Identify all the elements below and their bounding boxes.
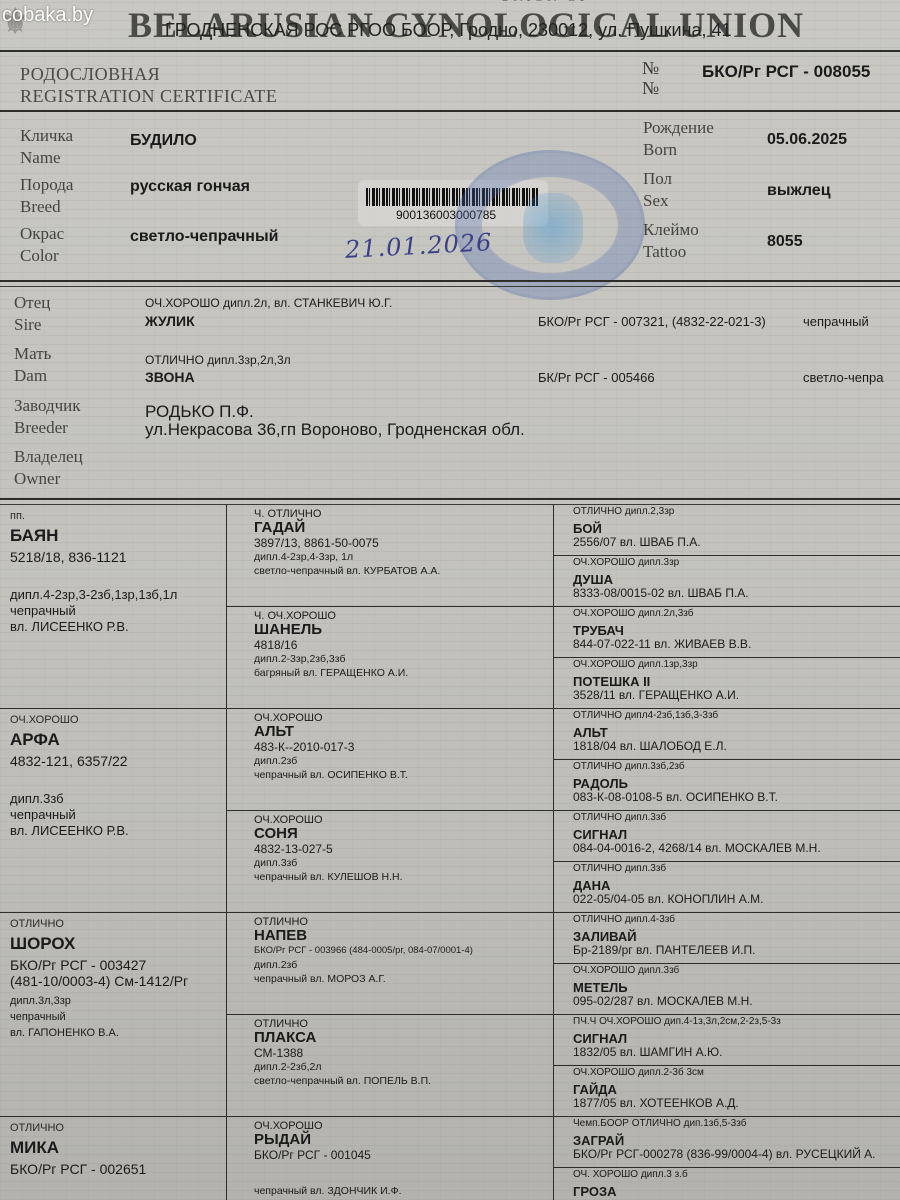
entry-diplomas: дипл.2зб <box>254 754 408 768</box>
pedigree-gen3-entry: ОЧ.ХОРОШО дипл.2-3б 3смГАЙДА1877/05 вл. … <box>573 1067 739 1110</box>
entry-color-owner: чепрачный вл. ЗДОНЧИК И.Ф. <box>254 1184 402 1199</box>
site-watermark: cobaka.by <box>2 4 93 27</box>
sire-color: чепрачный <box>803 314 869 329</box>
entry-name: ГАЙДА <box>573 1082 739 1097</box>
entry-title: ОТЛИЧНО дипл.4-3зб <box>573 914 756 926</box>
entry-owner: вл. ЛИСЕЕНКО Р.В. <box>10 823 129 839</box>
entry-title: Чемп.БООР ОТЛИЧНО дип.1зб,5-3зб <box>573 1118 876 1130</box>
entry-diplomas: дипл.3л,3зр <box>10 993 188 1009</box>
entry-diplomas: дипл.2зб <box>254 958 473 972</box>
entry-reg: 5218/18, 836-1121 <box>10 549 177 565</box>
entry-diplomas <box>254 1162 402 1176</box>
pedigree-gen2-entry: Ч. ОТЛИЧНОГАДАЙ3897/13, 8861-50-0075дипл… <box>254 508 440 579</box>
entry-color-owner: багряный вл. ГЕРАЩЕНКО А.И. <box>254 666 408 681</box>
pedigree-gen3-entry: ОЧ.ХОРОШО дипл.1зр,3зрПОТЕШКА II3528/11 … <box>573 659 739 702</box>
entry-name: ЗАЛИВАЙ <box>573 929 756 944</box>
entry-reg: 4818/16 <box>254 638 408 652</box>
entry-reg: 1877/05 вл. ХОТЕЕНКОВ А.Д. <box>573 1097 739 1110</box>
dog-tattoo: 8055 <box>767 233 803 251</box>
dog-name: БУДИЛО <box>130 132 197 150</box>
color-label: ОкрасColor <box>20 223 64 267</box>
pedigree-gen3-entry: ОТЛИЧНО дипл.3зб,2збРАДОЛЬ083-К-08-0108-… <box>573 761 778 804</box>
pedigree-gen2-entry: ОТЛИЧНОНАПЕВБКО/Рг РСГ - 003966 (484-000… <box>254 916 473 987</box>
entry-reg: 084-04-0016-2, 4268/14 вл. МОСКАЛЕВ М.Н. <box>573 842 821 855</box>
entry-reg: БКО/Рг РСГ - 001045 <box>254 1148 402 1162</box>
pedigree-gen2-entry: Ч. ОЧ.ХОРОШОШАНЕЛЬ4818/16дипл.2-3зр,2зб,… <box>254 610 408 681</box>
entry-color-owner: чепрачный вл. КУЛЕШОВ Н.Н. <box>254 870 403 885</box>
entry-name: МЕТЕЛЬ <box>573 980 753 995</box>
dog-sex: выжлец <box>767 182 831 200</box>
entry-name: ДУША <box>573 572 749 587</box>
entry-reg: БКО/Рг РСГ - 003427 <box>10 957 188 973</box>
pedigree-gen2-entry: ОЧ.ХОРОШОАЛЬТ483-К--2010-017-3дипл.2збче… <box>254 712 408 783</box>
doc-title-ru: РОДОСЛОВНАЯ <box>20 64 160 85</box>
entry-title: ОЧ. ХОРОШО дипл.3 з.б <box>573 1169 688 1181</box>
dog-color: светло-чепрачный <box>130 228 278 246</box>
pedigree-gen3-entry: ОТЛИЧНО дипл.4-3збЗАЛИВАЙБр-2189/рг вл. … <box>573 914 756 957</box>
entry-color: чепрачный <box>10 807 129 823</box>
entry-name: ЗАГРАЙ <box>573 1133 876 1148</box>
entry-name: АРФА <box>10 730 129 750</box>
entry-reg: БКО/Рг РСГ - 003966 (484-0005/рг, 084-07… <box>254 944 473 958</box>
pedigree-gen3-entry: ОТЛИЧНО дипл.2,3зрБОЙ2556/07 вл. ШВАБ П.… <box>573 506 701 549</box>
entry-diplomas: дипл.4-2зр,4-3зр, 1л <box>254 550 440 564</box>
table-divider <box>226 1014 900 1015</box>
entry-reg: 083-К-08-0108-5 вл. ОСИПЕНКО В.Т. <box>573 791 778 804</box>
entry-reg: 2556/07 вл. ШВАБ П.А. <box>573 536 701 549</box>
sire-name: ЖУЛИК <box>145 313 195 329</box>
entry-reg: 022-05/04-05 вл. КОНОПЛИН А.М. <box>573 893 763 906</box>
table-divider <box>0 912 900 913</box>
registration-number: БКО/Рг РСГ - 008055 <box>702 62 870 82</box>
entry-title: ОТЛИЧНО <box>10 918 188 930</box>
number-sign: № <box>642 58 659 79</box>
entry-diplomas: дипл.2-3зр,2зб,3зб <box>254 652 408 666</box>
pedigree-gen2-entry: ОЧ.ХОРОШОСОНЯ4832-13-027-5дипл.3збчепрач… <box>254 814 403 885</box>
pedigree-gen1-entry: ОЧ.ХОРОШОАРФА4832-121, 6357/22дипл.3збче… <box>10 714 129 839</box>
entry-name: БАЯН <box>10 526 177 546</box>
number-sign: № <box>642 78 659 99</box>
entry-color-owner: светло-чепрачный вл. ПОПЕЛЬ В.П. <box>254 1074 431 1089</box>
table-divider <box>553 504 554 1200</box>
official-stamp-icon <box>455 150 645 300</box>
breeder-label: ЗаводчикBreeder <box>14 395 81 439</box>
entry-name: АЛЬТ <box>254 724 408 740</box>
table-divider <box>226 504 227 1200</box>
owner-label: ВладелецOwner <box>14 446 83 490</box>
pedigree-gen1-entry: пп.БАЯН5218/18, 836-1121дипл.4-2зр,3-2зб… <box>10 510 177 635</box>
entry-title: ОЧ.ХОРОШО дипл.2-3б 3см <box>573 1067 739 1079</box>
pedigree-gen3-entry: ОТЛИЧНО дипл.3збСИГНАЛ084-04-0016-2, 426… <box>573 812 821 855</box>
pedigree-gen3-entry: ОЧ.ХОРОШО дипл.3зрДУША8333-08/0015-02 вл… <box>573 557 749 600</box>
entry-reg: 8333-08/0015-02 вл. ШВАБ П.А. <box>573 587 749 600</box>
table-divider <box>553 1167 900 1168</box>
entry-reg: 844-07-022-11 вл. ЖИВАЕВ В.В. <box>573 638 751 651</box>
entry-name: РАДОЛЬ <box>573 776 778 791</box>
divider <box>0 280 900 282</box>
table-divider <box>0 1116 900 1117</box>
sire-title: ОЧ.ХОРОШО дипл.2л, вл. СТАНКЕВИЧ Ю.Г. <box>145 296 392 310</box>
entry-color: чепрачный <box>10 603 177 619</box>
dam-reg: БК/Рг РСГ - 005466 <box>538 370 655 385</box>
pedigree-gen1-entry: ОТЛИЧНОМИКАБКО/Рг РСГ - 002651 <box>10 1122 146 1177</box>
entry-title: ОТЛИЧНО дипл.3зб,2зб <box>573 761 778 773</box>
pedigree-table: пп.БАЯН5218/18, 836-1121дипл.4-2зр,3-2зб… <box>0 504 900 1200</box>
entry-title: ОТЛИЧНО дипл.3зб <box>573 863 763 875</box>
table-divider <box>553 963 900 964</box>
table-divider <box>226 810 900 811</box>
entry-title: ОЧ.ХОРОШО <box>10 714 129 726</box>
table-divider <box>553 555 900 556</box>
entry-name: ТРУБАЧ <box>573 623 751 638</box>
entry-name: ПЛАКСА <box>254 1030 431 1046</box>
entry-diplomas: дипл.2-2зб,2л <box>254 1060 431 1074</box>
breeder-address: ул.Некрасова 36,гп Вороново, Гродненская… <box>145 420 525 440</box>
dam-name: ЗВОНА <box>145 369 195 385</box>
entry-title: ОЧ.ХОРОШО дипл.2л,3зб <box>573 608 751 620</box>
table-divider <box>0 708 900 709</box>
dam-label: МатьDam <box>14 343 51 387</box>
sex-label: ПолSex <box>643 168 672 212</box>
entry-title: ОТЛИЧНО <box>10 1122 146 1134</box>
born-label: РождениеBorn <box>643 117 714 161</box>
pedigree-gen3-entry: ОТЛИЧНО дипл4-2зб,1зб,3-3збАЛЬТ1818/04 в… <box>573 710 727 753</box>
entry-title: ОЧ.ХОРОШО дипл.3зр <box>573 557 749 569</box>
entry-reg: 4832-13-027-5 <box>254 842 403 856</box>
entry-name: СОНЯ <box>254 826 403 842</box>
entry-title: ОЧ.ХОРОШО дипл.3зб <box>573 965 753 977</box>
entry-reg: БКО/Рг РСГ - 002651 <box>10 1161 146 1177</box>
entry-owner: вл. ЛИСЕЕНКО Р.В. <box>10 619 177 635</box>
entry-reg: (481-10/0003-4) См-1412/Рг <box>10 973 188 989</box>
entry-owner: вл. ГАПОНЕНКО В.А. <box>10 1025 188 1041</box>
dam-title: ОТЛИЧНО дипл.3зр,2л,3л <box>145 353 291 367</box>
entry-name: БОЙ <box>573 521 701 536</box>
entry-reg: 1818/04 вл. ШАЛОБОД Е.Л. <box>573 740 727 753</box>
sire-reg: БКО/Рг РСГ - 007321, (4832-22-021-3) <box>538 314 766 329</box>
entry-title: ОТЛИЧНО дипл.2,3зр <box>573 506 701 518</box>
divider <box>0 286 900 287</box>
table-divider <box>553 861 900 862</box>
entry-diplomas: дипл.4-2зр,3-2зб,1зр,1зб,1л <box>10 587 177 603</box>
pedigree-gen3-entry: ОЧ.ХОРОШО дипл.2л,3збТРУБАЧ844-07-022-11… <box>573 608 751 651</box>
entry-reg: 3897/13, 8861-50-0075 <box>254 536 440 550</box>
divider <box>0 498 900 500</box>
table-divider <box>553 759 900 760</box>
sire-label: ОтецSire <box>14 292 50 336</box>
entry-name: ШАНЕЛЬ <box>254 622 408 638</box>
dog-breed: русская гончая <box>130 178 250 196</box>
entry-color-owner: чепрачный вл. МОРОЗ А.Г. <box>254 972 473 987</box>
entry-name: ШОРОХ <box>10 934 188 954</box>
entry-name: ГРОЗА <box>573 1184 688 1199</box>
entry-title: ОТЛИЧНО дипл4-2зб,1зб,3-3зб <box>573 710 727 722</box>
dog-born: 05.06.2025 <box>767 131 847 149</box>
issuer-address: ГРОДНЕНСКАЯ РОС РГОО БООР, Гродно, 23001… <box>165 20 732 41</box>
pedigree-gen3-entry: ОТЛИЧНО дипл.3збДАНА022-05/04-05 вл. КОН… <box>573 863 763 906</box>
pedigree-gen2-entry: ОЧ.ХОРОШОРЫДАЙБКО/Рг РСГ - 001045 чепрач… <box>254 1120 402 1199</box>
entry-name: МИКА <box>10 1138 146 1158</box>
breed-label: ПородаBreed <box>20 174 73 218</box>
pedigree-gen1-entry: ОТЛИЧНОШОРОХБКО/Рг РСГ - 003427(481-10/0… <box>10 918 188 1041</box>
entry-color-owner: светло-чепрачный вл. КУРБАТОВ А.А. <box>254 564 440 579</box>
tattoo-label: КлеймоTattoo <box>643 219 699 263</box>
pedigree-certificate: UNION OF ⚜ cobaka.by BELARUSIAN CYNOLOGI… <box>0 0 900 1200</box>
entry-reg: 095-02/287 вл. МОСКАЛЕВ М.Н. <box>573 995 753 1008</box>
entry-title: ПЧ.Ч ОЧ.ХОРОШО дип.4-1з,3л,2см,2-2з,5-3з <box>573 1016 781 1028</box>
entry-name: НАПЕВ <box>254 928 473 944</box>
divider <box>0 50 900 52</box>
entry-reg: 483-К--2010-017-3 <box>254 740 408 754</box>
entry-name: ГАДАЙ <box>254 520 440 536</box>
entry-name: АЛЬТ <box>573 725 727 740</box>
pedigree-gen2-entry: ОТЛИЧНОПЛАКСАСМ-1388дипл.2-2зб,2лсветло-… <box>254 1018 431 1089</box>
table-divider <box>226 606 900 607</box>
pedigree-gen3-entry: ПЧ.Ч ОЧ.ХОРОШО дип.4-1з,3л,2см,2-2з,5-3з… <box>573 1016 781 1059</box>
entry-title: ОЧ.ХОРОШО дипл.1зр,3зр <box>573 659 739 671</box>
entry-color: чепрачный <box>10 1009 188 1025</box>
breeder-name: РОДЬКО П.Ф. <box>145 402 254 422</box>
pedigree-gen3-entry: ОЧ. ХОРОШО дипл.3 з.бГРОЗА <box>573 1169 688 1199</box>
entry-name: ПОТЕШКА II <box>573 674 739 689</box>
pedigree-gen3-entry: Чемп.БООР ОТЛИЧНО дип.1зб,5-3збЗАГРАЙБКО… <box>573 1118 876 1161</box>
doc-title-en: REGISTRATION CERTIFICATE <box>20 86 277 107</box>
entry-reg: 1832/05 вл. ШАМГИН А.Ю. <box>573 1046 781 1059</box>
entry-name: РЫДАЙ <box>254 1132 402 1148</box>
entry-color-owner: чепрачный вл. ОСИПЕНКО В.Т. <box>254 768 408 783</box>
entry-reg: Бр-2189/рг вл. ПАНТЕЛЕЕВ И.П. <box>573 944 756 957</box>
entry-title: пп. <box>10 510 177 522</box>
entry-name: ДАНА <box>573 878 763 893</box>
pedigree-gen3-entry: ОЧ.ХОРОШО дипл.3збМЕТЕЛЬ095-02/287 вл. М… <box>573 965 753 1008</box>
entry-diplomas: дипл.3зб <box>254 856 403 870</box>
entry-reg: 4832-121, 6357/22 <box>10 753 129 769</box>
entry-name: СИГНАЛ <box>573 1031 781 1046</box>
entry-reg: СМ-1388 <box>254 1046 431 1060</box>
entry-reg: БКО/Рг РСГ-000278 (836-99/0004-4) вл. РУ… <box>573 1148 876 1161</box>
entry-reg: 3528/11 вл. ГЕРАЩЕНКО А.И. <box>573 689 739 702</box>
table-divider <box>553 1065 900 1066</box>
entry-name: СИГНАЛ <box>573 827 821 842</box>
table-divider <box>553 657 900 658</box>
entry-title: ОТЛИЧНО дипл.3зб <box>573 812 821 824</box>
entry-diplomas: дипл.3зб <box>10 791 129 807</box>
divider <box>0 110 900 112</box>
name-label: КличкаName <box>20 125 73 169</box>
dam-color: светло-чепра <box>803 370 884 385</box>
